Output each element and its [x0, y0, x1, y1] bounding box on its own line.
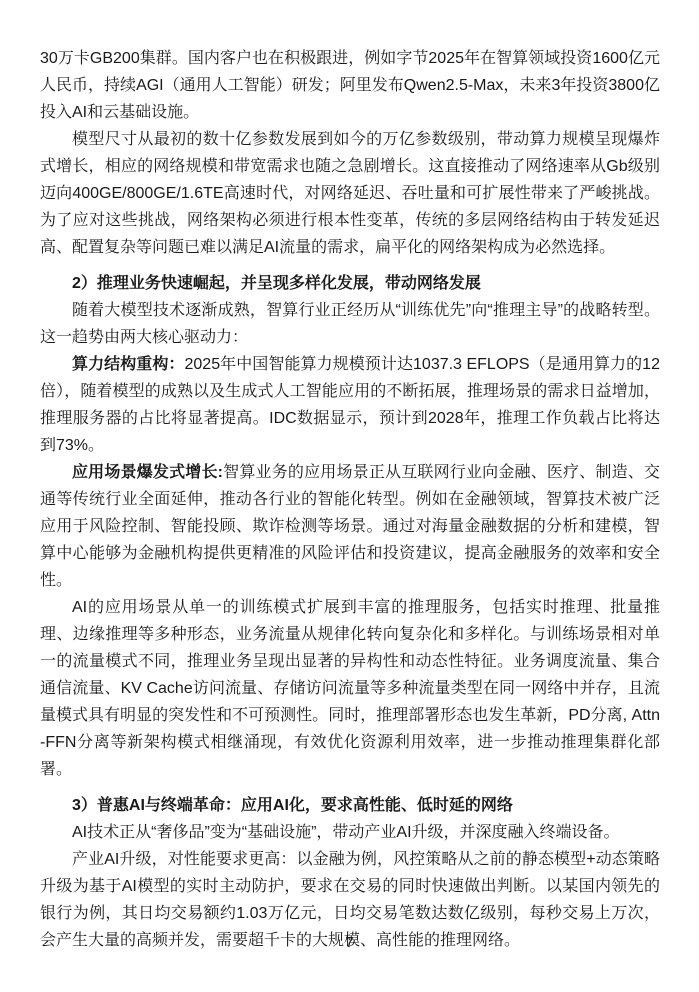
paragraph-model-scale: 模型尺寸从最初的数十亿参数发展到如今的万亿参数级别，带动算力规模呈现爆炸式增长，… [40, 126, 660, 261]
paragraph-application-growth: 应用场景爆发式增长:智算业务的应用场景正从互联网行业向金融、医疗、制造、交通等传… [40, 459, 660, 594]
paragraph-continuation: 30万卡GB200集群。国内客户也在积极跟进，例如字节2025年在智算领域投资1… [40, 45, 660, 126]
paragraph-inference-traffic: AI的应用场景从单一的训练模式扩展到丰富的推理服务，包括实时推理、批量推理、边缘… [40, 594, 660, 783]
section-heading-2: 2）推理业务快速崛起，并呈现多样化发展，带动网络发展 [40, 270, 660, 297]
section-heading-3: 3）普惠AI与终端革命：应用AI化，要求高性能、低时延的网络 [40, 792, 660, 819]
paragraph-text: 智算业务的应用场景正从互联网行业向金融、医疗、制造、交通等传统行业全面延伸，推动… [40, 464, 660, 589]
paragraph-compute-restructure: 算力结构重构：2025年中国智能算力规模预计达1037.3 EFLOPS（是通用… [40, 351, 660, 459]
paragraph-strategy-shift: 随着大模型技术逐渐成熟，智算行业正经历从“训练优先”向“推理主导”的战略转型。这… [40, 297, 660, 351]
paragraph-lead-compute-restructure: 算力结构重构： [72, 356, 185, 373]
document-page: 30万卡GB200集群。国内客户也在积极跟进，例如字节2025年在智算领域投资1… [0, 0, 699, 992]
page-number: 7 [0, 933, 699, 953]
paragraph-ai-infrastructure: AI技术正从“奢侈品”变为“基础设施”，带动产业AI升级，并深度融入终端设备。 [40, 819, 660, 846]
page-body: 30万卡GB200集群。国内客户也在积极跟进，例如字节2025年在智算领域投资1… [40, 45, 660, 954]
paragraph-lead-application-growth: 应用场景爆发式增长: [72, 464, 223, 481]
